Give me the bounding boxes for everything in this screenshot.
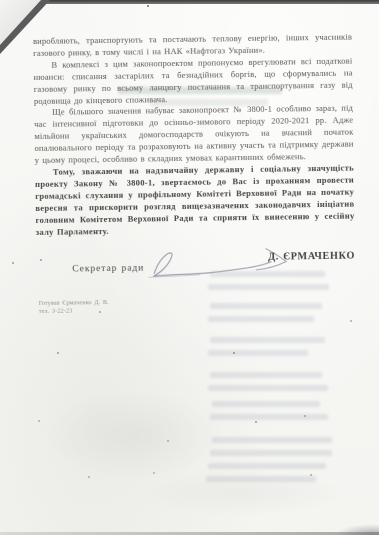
paper-stain <box>40 388 230 483</box>
paragraph-3: Ще більшого значення набуває законопроек… <box>34 103 354 167</box>
paper-stain <box>140 470 350 515</box>
signer-name: Д. ЄРМАЧЕНКО <box>268 251 355 264</box>
signature-scribble <box>140 239 319 289</box>
scan-top-edge <box>0 0 379 4</box>
signer-position-title: Секретар ради <box>72 263 144 276</box>
paragraph-2: В комплексі з цим законопроектом пропону… <box>33 55 353 107</box>
scan-corner-smudge <box>335 524 379 535</box>
paragraph-4: Тому, зважаючи на надзвичайну державну і… <box>35 163 355 239</box>
scanned-document-page: виробляють, транспортують та постачають … <box>0 0 379 535</box>
